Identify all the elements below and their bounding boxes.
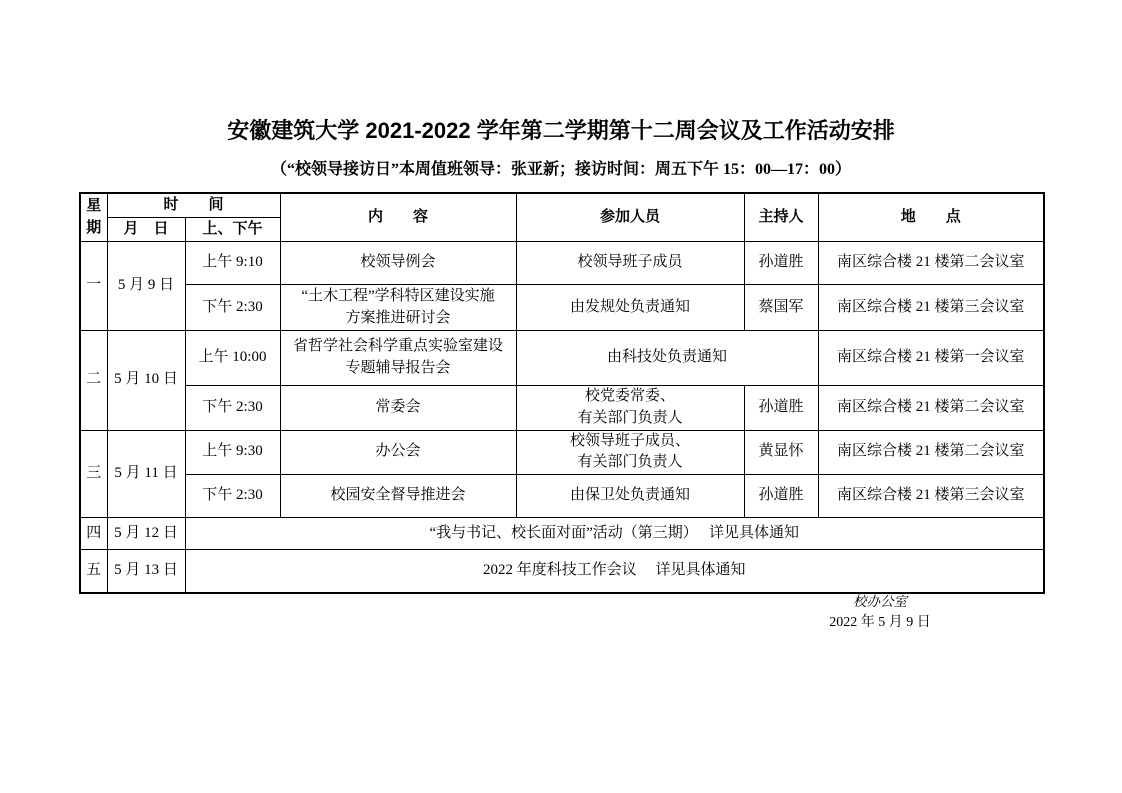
table-row: 下午 2:30 校园安全督导推进会 由保卫处负责通知 孙道胜 南区综合楼 21 … (80, 475, 1044, 518)
location-cell: 南区综合楼 21 楼第三会议室 (818, 285, 1044, 331)
header-host: 主持人 (744, 193, 818, 242)
signature-date: 2022 年 5 月 9 日 (730, 612, 1030, 633)
date-cell: 5 月 10 日 (107, 331, 185, 431)
table-row: 四 5 月 12 日 “我与书记、校长面对面”活动（第三期） 详见具体通知 (80, 518, 1044, 550)
date-cell: 5 月 12 日 (107, 518, 185, 550)
time-cell: 下午 2:30 (185, 475, 280, 518)
host-cell: 蔡国军 (744, 285, 818, 331)
host-cell: 孙道胜 (744, 386, 818, 431)
header-weekday: 星期 (80, 193, 107, 242)
page-subtitle: （“校领导接访日”本周值班领导：张亚新；接访时间：周五下午 15：00—17：0… (0, 156, 1122, 179)
time-cell: 上午 10:00 (185, 331, 280, 386)
header-month-day: 月 日 (107, 218, 185, 242)
signature-block: 校办公室 2022 年 5 月 9 日 (730, 591, 1030, 633)
participants-host-merged-cell: 由科技处负责通知 (516, 331, 818, 386)
header-content: 内 容 (280, 193, 516, 242)
participants-cell: 校领导班子成员 (516, 242, 744, 285)
content-cell: 常委会 (280, 386, 516, 431)
participants-cell: 由发规处负责通知 (516, 285, 744, 331)
full-width-event-cell: 2022 年度科技工作会议 详见具体通知 (185, 550, 1044, 593)
content-cell: 校园安全督导推进会 (280, 475, 516, 518)
header-row-1: 星期 时 间 内 容 参加人员 主持人 地 点 (80, 193, 1044, 218)
header-time: 时 间 (107, 193, 280, 218)
date-cell: 5 月 11 日 (107, 430, 185, 518)
time-cell: 上午 9:30 (185, 430, 280, 475)
full-width-event-cell: “我与书记、校长面对面”活动（第三期） 详见具体通知 (185, 518, 1044, 550)
document-page: 安徽建筑大学 2021-2022 学年第二学期第十二周会议及工作活动安排 （“校… (0, 0, 1122, 793)
content-cell: 省哲学社会科学重点实验室建设 专题辅导报告会 (280, 331, 516, 386)
header-participants: 参加人员 (516, 193, 744, 242)
table-row: 五 5 月 13 日 2022 年度科技工作会议 详见具体通知 (80, 550, 1044, 593)
table-row: 一 5 月 9 日 上午 9:10 校领导例会 校领导班子成员 孙道胜 南区综合… (80, 242, 1044, 285)
weekday-cell: 二 (80, 331, 107, 431)
participants-cell: 校领导班子成员、 有关部门负责人 (516, 430, 744, 475)
time-cell: 下午 2:30 (185, 386, 280, 431)
host-cell: 黄显怀 (744, 430, 818, 475)
participants-cell: 校党委常委、 有关部门负责人 (516, 386, 744, 431)
date-cell: 5 月 9 日 (107, 242, 185, 331)
time-cell: 下午 2:30 (185, 285, 280, 331)
content-cell: “土木工程”学科特区建设实施 方案推进研讨会 (280, 285, 516, 331)
weekday-cell: 三 (80, 430, 107, 518)
table-row: 二 5 月 10 日 上午 10:00 省哲学社会科学重点实验室建设 专题辅导报… (80, 331, 1044, 386)
page-title: 安徽建筑大学 2021-2022 学年第二学期第十二周会议及工作活动安排 (0, 114, 1122, 145)
content-cell: 校领导例会 (280, 242, 516, 285)
weekday-cell: 五 (80, 550, 107, 593)
weekday-cell: 一 (80, 242, 107, 331)
location-cell: 南区综合楼 21 楼第二会议室 (818, 430, 1044, 475)
table-row: 下午 2:30 “土木工程”学科特区建设实施 方案推进研讨会 由发规处负责通知 … (80, 285, 1044, 331)
signature-office: 校办公室 (730, 591, 1030, 612)
location-cell: 南区综合楼 21 楼第二会议室 (818, 386, 1044, 431)
header-am-pm: 上、下午 (185, 218, 280, 242)
location-cell: 南区综合楼 21 楼第三会议室 (818, 475, 1044, 518)
location-cell: 南区综合楼 21 楼第二会议室 (818, 242, 1044, 285)
table-row: 下午 2:30 常委会 校党委常委、 有关部门负责人 孙道胜 南区综合楼 21 … (80, 386, 1044, 431)
content-cell: 办公会 (280, 430, 516, 475)
host-cell: 孙道胜 (744, 242, 818, 285)
location-cell: 南区综合楼 21 楼第一会议室 (818, 331, 1044, 386)
weekday-cell: 四 (80, 518, 107, 550)
host-cell: 孙道胜 (744, 475, 818, 518)
meeting-schedule-table: 星期 时 间 内 容 参加人员 主持人 地 点 月 日 上、下午 一 5 月 9… (79, 192, 1045, 594)
header-location: 地 点 (818, 193, 1044, 242)
participants-cell: 由保卫处负责通知 (516, 475, 744, 518)
time-cell: 上午 9:10 (185, 242, 280, 285)
table-row: 三 5 月 11 日 上午 9:30 办公会 校领导班子成员、 有关部门负责人 … (80, 430, 1044, 475)
date-cell: 5 月 13 日 (107, 550, 185, 593)
